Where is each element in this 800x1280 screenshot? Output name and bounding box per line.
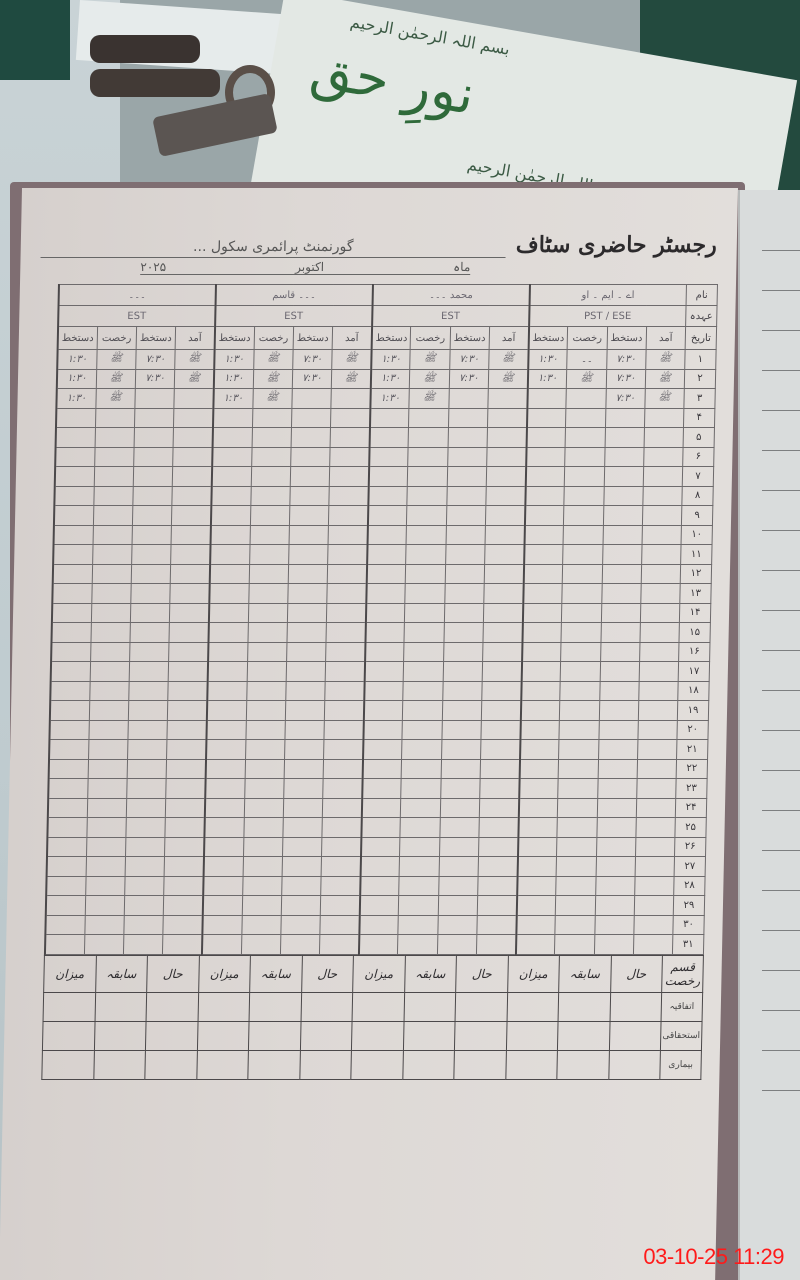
attendance-entry: ۱:۳۰ [371,369,411,389]
day-number: ۲۳ [676,779,707,799]
attendance-cell [246,720,286,740]
attendance-cell [248,623,288,643]
summary-column-header: سابقہ [404,955,456,992]
summary-cell [42,1021,94,1050]
summary-cell [402,1050,454,1079]
attendance-cell [252,428,292,448]
attendance-cell [446,525,486,545]
staff-designation: PST / ESE [529,306,686,327]
attendance-cell [523,564,563,584]
attendance-cell [126,818,166,838]
attendance-cell [328,506,368,526]
attendance-cell [483,603,523,623]
attendance-cell [641,564,681,584]
attendance-cell [325,662,365,682]
attendance-cell [53,545,93,565]
attendance-cell [483,623,523,643]
attendance-cell [203,896,243,916]
column-header: رخصت [567,327,607,350]
attendance-cell [92,564,132,584]
attendance-cell [288,564,328,584]
attendance-cell [202,915,242,935]
day-number: ۲۴ [675,798,706,818]
attendance-cell [50,681,90,701]
attendance-cell [438,915,478,935]
summary-cell [454,1050,506,1079]
attendance-cell [480,740,520,760]
column-header: آمد [175,327,215,350]
attendance-cell [360,876,400,896]
right-page-rule [762,410,800,411]
attendance-cell [447,447,487,467]
right-page-rule [762,730,800,731]
attendance-entry: ﷺ [332,350,372,370]
attendance-cell [290,447,330,467]
summary-header-row: قسم رخصتحالسابقہمیزانحالسابقہمیزانحالساب… [44,955,704,992]
attendance-cell [45,915,85,935]
day-row: ۹ [54,506,713,526]
staff-name: محمد ۔۔۔ [372,285,529,306]
attendance-cell [133,486,173,506]
attendance-entry: ۱:۳۰ [528,350,568,370]
attendance-cell [561,642,601,662]
attendance-cell [516,896,556,916]
attendance-cell [566,389,606,409]
month-label: ماہ [453,260,470,274]
attendance-cell [359,915,399,935]
attendance-cell [168,662,208,682]
attendance-cell [205,798,245,818]
register-header: رجسٹر حاضری سٹاف گورنمنٹ پرائمری سکول ..… [41,218,718,258]
attendance-cell [362,798,402,818]
attendance-cell [601,584,641,604]
attendance-entry: ۷:۳۰ [606,350,646,370]
attendance-entry: ﷺ [567,369,607,389]
attendance-entry: ﷺ [253,369,293,389]
day-number: ۱۳ [680,584,711,604]
attendance-cell [634,915,674,935]
attendance-cell [284,759,324,779]
right-page-rule [762,330,800,331]
attendance-cell [638,720,678,740]
attendance-cell [208,662,248,682]
attendance-cell [205,779,245,799]
day-number: ۳ [684,389,715,409]
attendance-cell [400,818,440,838]
day-number: ۲۶ [674,837,705,857]
attendance-cell [366,603,406,623]
day-row: ۳۱ [45,935,704,955]
attendance-cell [286,642,326,662]
register-title: رجسٹر حاضری سٹاف [516,232,717,258]
attendance-cell [485,525,525,545]
attendance-cell [400,857,440,877]
attendance-cell [328,525,368,545]
attendance-cell [488,389,528,409]
attendance-cell [51,623,91,643]
summary-column-header: میزان [198,955,250,992]
summary-cell [301,992,353,1021]
leave-summary-table: قسم رخصتحالسابقہمیزانحالسابقہمیزانحالساب… [41,955,704,1080]
attendance-cell [642,525,682,545]
attendance-cell [323,759,363,779]
day-row: ۱۱ [53,545,712,565]
attendance-cell [484,564,524,584]
lock-cylinder [90,35,200,63]
attendance-cell [644,428,684,448]
attendance-cell [90,642,130,662]
staff-name: ۔۔۔ [59,285,216,306]
attendance-cell [638,701,678,721]
attendance-cell [404,623,444,643]
attendance-cell [603,525,643,545]
attendance-cell [330,447,370,467]
attendance-cell [288,584,328,604]
attendance-cell [561,623,601,643]
attendance-cell [643,486,683,506]
attendance-cell [556,896,596,916]
attendance-cell [642,506,682,526]
attendance-cell [446,506,486,526]
day-number: ۸ [682,486,713,506]
attendance-cell [282,837,322,857]
right-page-rule [762,1090,800,1091]
attendance-cell [565,428,605,448]
attendance-cell [437,935,477,955]
attendance-cell [404,662,444,682]
attendance-cell [163,915,203,935]
attendance-cell [527,389,567,409]
attendance-cell [208,623,248,643]
attendance-cell [557,818,597,838]
summary-cell [42,1050,94,1079]
attendance-cell [173,428,213,448]
day-row: ۲۲ [49,759,708,779]
attendance-entry: ۱:۳۰ [371,350,411,370]
summary-column-header: حال [301,955,353,992]
attendance-cell [639,662,679,682]
attendance-cell [169,642,209,662]
attendance-entry: ﷺ [645,369,685,389]
attendance-cell [565,467,605,487]
attendance-cell [367,545,407,565]
attendance-cell [89,720,129,740]
attendance-cell [366,584,406,604]
attendance-cell [447,467,487,487]
attendance-cell [557,837,597,857]
attendance-cell [53,564,93,584]
day-number: ۳۰ [673,915,704,935]
staff-designation: EST [58,306,215,327]
attendance-cell [480,779,520,799]
attendance-cell [243,818,283,838]
attendance-cell [207,681,247,701]
day-number: ۱۷ [678,662,709,682]
staff-designation-row: عہدہPST / ESEESTESTEST [58,306,717,327]
attendance-cell [442,681,482,701]
summary-cell [146,992,198,1021]
attendance-cell [525,486,565,506]
day-number: ۲۸ [674,876,705,896]
attendance-cell [359,935,399,955]
summary-cell [557,1050,609,1079]
summary-cell [610,992,662,1021]
day-header: تاریخ [685,327,716,350]
attendance-cell [485,506,525,526]
attendance-cell [242,876,282,896]
attendance-cell [246,701,286,721]
day-row: ۳۰ [45,915,704,935]
attendance-cell [242,896,282,916]
summary-cell [198,992,250,1021]
attendance-cell [599,720,639,740]
attendance-cell [517,876,557,896]
attendance-entry: ۷:۳۰ [605,389,645,409]
day-row: ۲۷ [47,857,706,877]
attendance-cell [559,740,599,760]
attendance-cell [605,428,645,448]
attendance-cell [202,935,242,955]
attendance-cell [520,720,560,740]
attendance-cell [599,701,639,721]
attendance-cell [173,447,213,467]
attendance-cell [522,623,562,643]
attendance-cell [127,779,167,799]
day-row: ۸ [54,486,713,506]
attendance-cell [565,447,605,467]
attendance-cell [522,642,562,662]
leave-type-label: بیماری [660,1050,702,1079]
right-facing-page [738,190,800,1280]
attendance-cell [407,506,447,526]
day-row: ۱ﷺ۷:۳۰۔۔۱:۳۰ﷺ۷:۳۰ﷺ۱:۳۰ﷺ۷:۳۰ﷺ۱:۳۰ﷺ۷:۳۰ﷺ۱:… [57,350,716,370]
attendance-cell [93,506,133,526]
attendance-cell [361,837,401,857]
attendance-cell [596,837,636,857]
attendance-cell [636,818,676,838]
attendance-cell [447,486,487,506]
attendance-cell [639,642,679,662]
attendance-cell [555,915,595,935]
attendance-cell [48,779,88,799]
attendance-cell [283,818,323,838]
attendance-cell [90,662,130,682]
attendance-cell [128,701,168,721]
attendance-cell [167,720,207,740]
attendance-cell [329,486,369,506]
day-number: ۱۹ [677,701,708,721]
attendance-cell [169,623,209,643]
attendance-entry: ﷺ [645,389,685,409]
attendance-cell [596,818,636,838]
month-year-line: ماہ اکتوبر ۲۰۲۵ [140,260,470,275]
attendance-cell [324,701,364,721]
attendance-cell [408,447,448,467]
attendance-cell [56,408,96,428]
attendance-cell [322,818,362,838]
right-page-rule [762,650,800,651]
attendance-entry: ۷:۳۰ [449,350,489,370]
attendance-cell [252,408,292,428]
column-header: آمد [489,327,529,350]
attendance-cell [641,584,681,604]
attendance-cell [164,857,204,877]
attendance-cell [441,759,481,779]
attendance-cell [323,779,363,799]
summary-cell [506,1021,558,1050]
attendance-cell [644,408,684,428]
attendance-cell [527,408,567,428]
column-header: دستخط [293,327,333,350]
attendance-cell [320,896,360,916]
attendance-cell [85,896,125,916]
attendance-cell [174,408,214,428]
day-number: ۲۷ [674,857,705,877]
attendance-cell [88,740,128,760]
attendance-cell [131,584,171,604]
designation-row-label: عہدہ [686,306,717,327]
leave-type-label: استحقاقی [660,1021,702,1050]
attendance-cell [87,779,127,799]
attendance-cell [331,389,371,409]
attendance-cell [640,623,680,643]
register-page: رجسٹر حاضری سٹاف گورنمنٹ پرائمری سکول ..… [0,188,738,1280]
attendance-cell [364,662,404,682]
attendance-cell [130,623,170,643]
summary-cell [248,1021,300,1050]
attendance-cell [487,428,527,448]
attendance-cell [248,603,288,623]
attendance-entry: ۱:۳۰ [57,350,97,370]
attendance-cell [241,935,281,955]
day-number: ۱۸ [678,681,709,701]
attendance-cell [322,798,362,818]
attendance-cell [643,467,683,487]
column-header-row: تاریخآمددستخطرخصتدستخطآمددستخطرخصتدستخطآ… [58,327,717,350]
attendance-cell [292,389,332,409]
attendance-cell [486,486,526,506]
attendance-cell [250,506,290,526]
attendance-cell [87,818,127,838]
attendance-cell [207,701,247,721]
attendance-cell [478,876,518,896]
attendance-cell [168,701,208,721]
attendance-cell [486,467,526,487]
attendance-cell [45,935,85,955]
attendance-grid: ناماے ۔ ایم ۔ اومحمد ۔۔۔۔۔۔ قاسم۔۔۔عہدہP… [41,284,718,1080]
summary-cell [558,992,610,1021]
month-value: اکتوبر [295,260,324,274]
attendance-cell [170,584,210,604]
attendance-entry: ﷺ [96,350,136,370]
attendance-cell [92,584,132,604]
attendance-cell [594,915,634,935]
column-header: رخصت [411,327,451,350]
attendance-entry: ۱:۳۰ [214,350,254,370]
attendance-cell [600,642,640,662]
attendance-entry: ﷺ [489,350,529,370]
attendance-cell [485,545,525,565]
day-row: ۱۲ [53,564,712,584]
attendance-cell [324,720,364,740]
attendance-cell [639,681,679,701]
attendance-cell [206,720,246,740]
attendance-cell [444,584,484,604]
attendance-cell [326,623,366,643]
attendance-cell [46,876,86,896]
attendance-cell [518,798,558,818]
attendance-entry: ﷺ [645,350,685,370]
attendance-entry: ﷺ [96,389,136,409]
day-number: ۱۰ [681,525,712,545]
attendance-cell [439,837,479,857]
attendance-cell [174,389,214,409]
summary-cell [299,1050,351,1079]
attendance-cell [599,681,639,701]
attendance-cell [600,662,640,682]
attendance-cell [402,740,442,760]
attendance-cell [135,389,175,409]
attendance-cell [523,584,563,604]
column-header: دستخط [58,327,98,350]
attendance-cell [595,896,635,916]
attendance-entry: ۷:۳۰ [292,369,332,389]
attendance-cell [132,506,172,526]
attendance-cell [595,876,635,896]
attendance-entry: ﷺ [410,350,450,370]
attendance-cell [56,428,96,448]
attendance-cell [282,857,322,877]
summary-cell [403,1021,455,1050]
attendance-cell [127,759,167,779]
attendance-cell [560,681,600,701]
attendance-cell [634,896,674,916]
attendance-entry: ۷:۳۰ [606,369,646,389]
right-page-rule [762,690,800,691]
attendance-cell [477,896,517,916]
attendance-cell [164,876,204,896]
attendance-entry: ۷:۳۰ [135,369,175,389]
attendance-cell [55,467,95,487]
attendance-cell [213,408,253,428]
attendance-cell [52,584,92,604]
attendance-cell [125,857,165,877]
summary-column-header: سابقہ [250,955,302,992]
attendance-cell [407,525,447,545]
attendance-entry: ۱:۳۰ [527,369,567,389]
attendance-cell [634,876,674,896]
attendance-cell [86,837,126,857]
summary-column-header: حال [610,955,662,992]
attendance-cell [558,759,598,779]
attendance-cell [243,837,283,857]
attendance-cell [204,818,244,838]
column-header: دستخط [607,327,647,350]
attendance-cell [407,486,447,506]
attendance-cell [519,759,559,779]
attendance-cell [369,428,409,448]
attendance-cell [170,603,210,623]
day-number: ۵ [683,428,714,448]
attendance-cell [319,935,359,955]
attendance-cell [482,642,522,662]
attendance-cell [556,876,596,896]
attendance-cell [320,915,360,935]
attendance-cell [409,408,449,428]
attendance-cell [322,837,362,857]
school-name: گورنمنٹ پرائمری سکول ... [41,239,507,258]
summary-cell [352,992,404,1021]
